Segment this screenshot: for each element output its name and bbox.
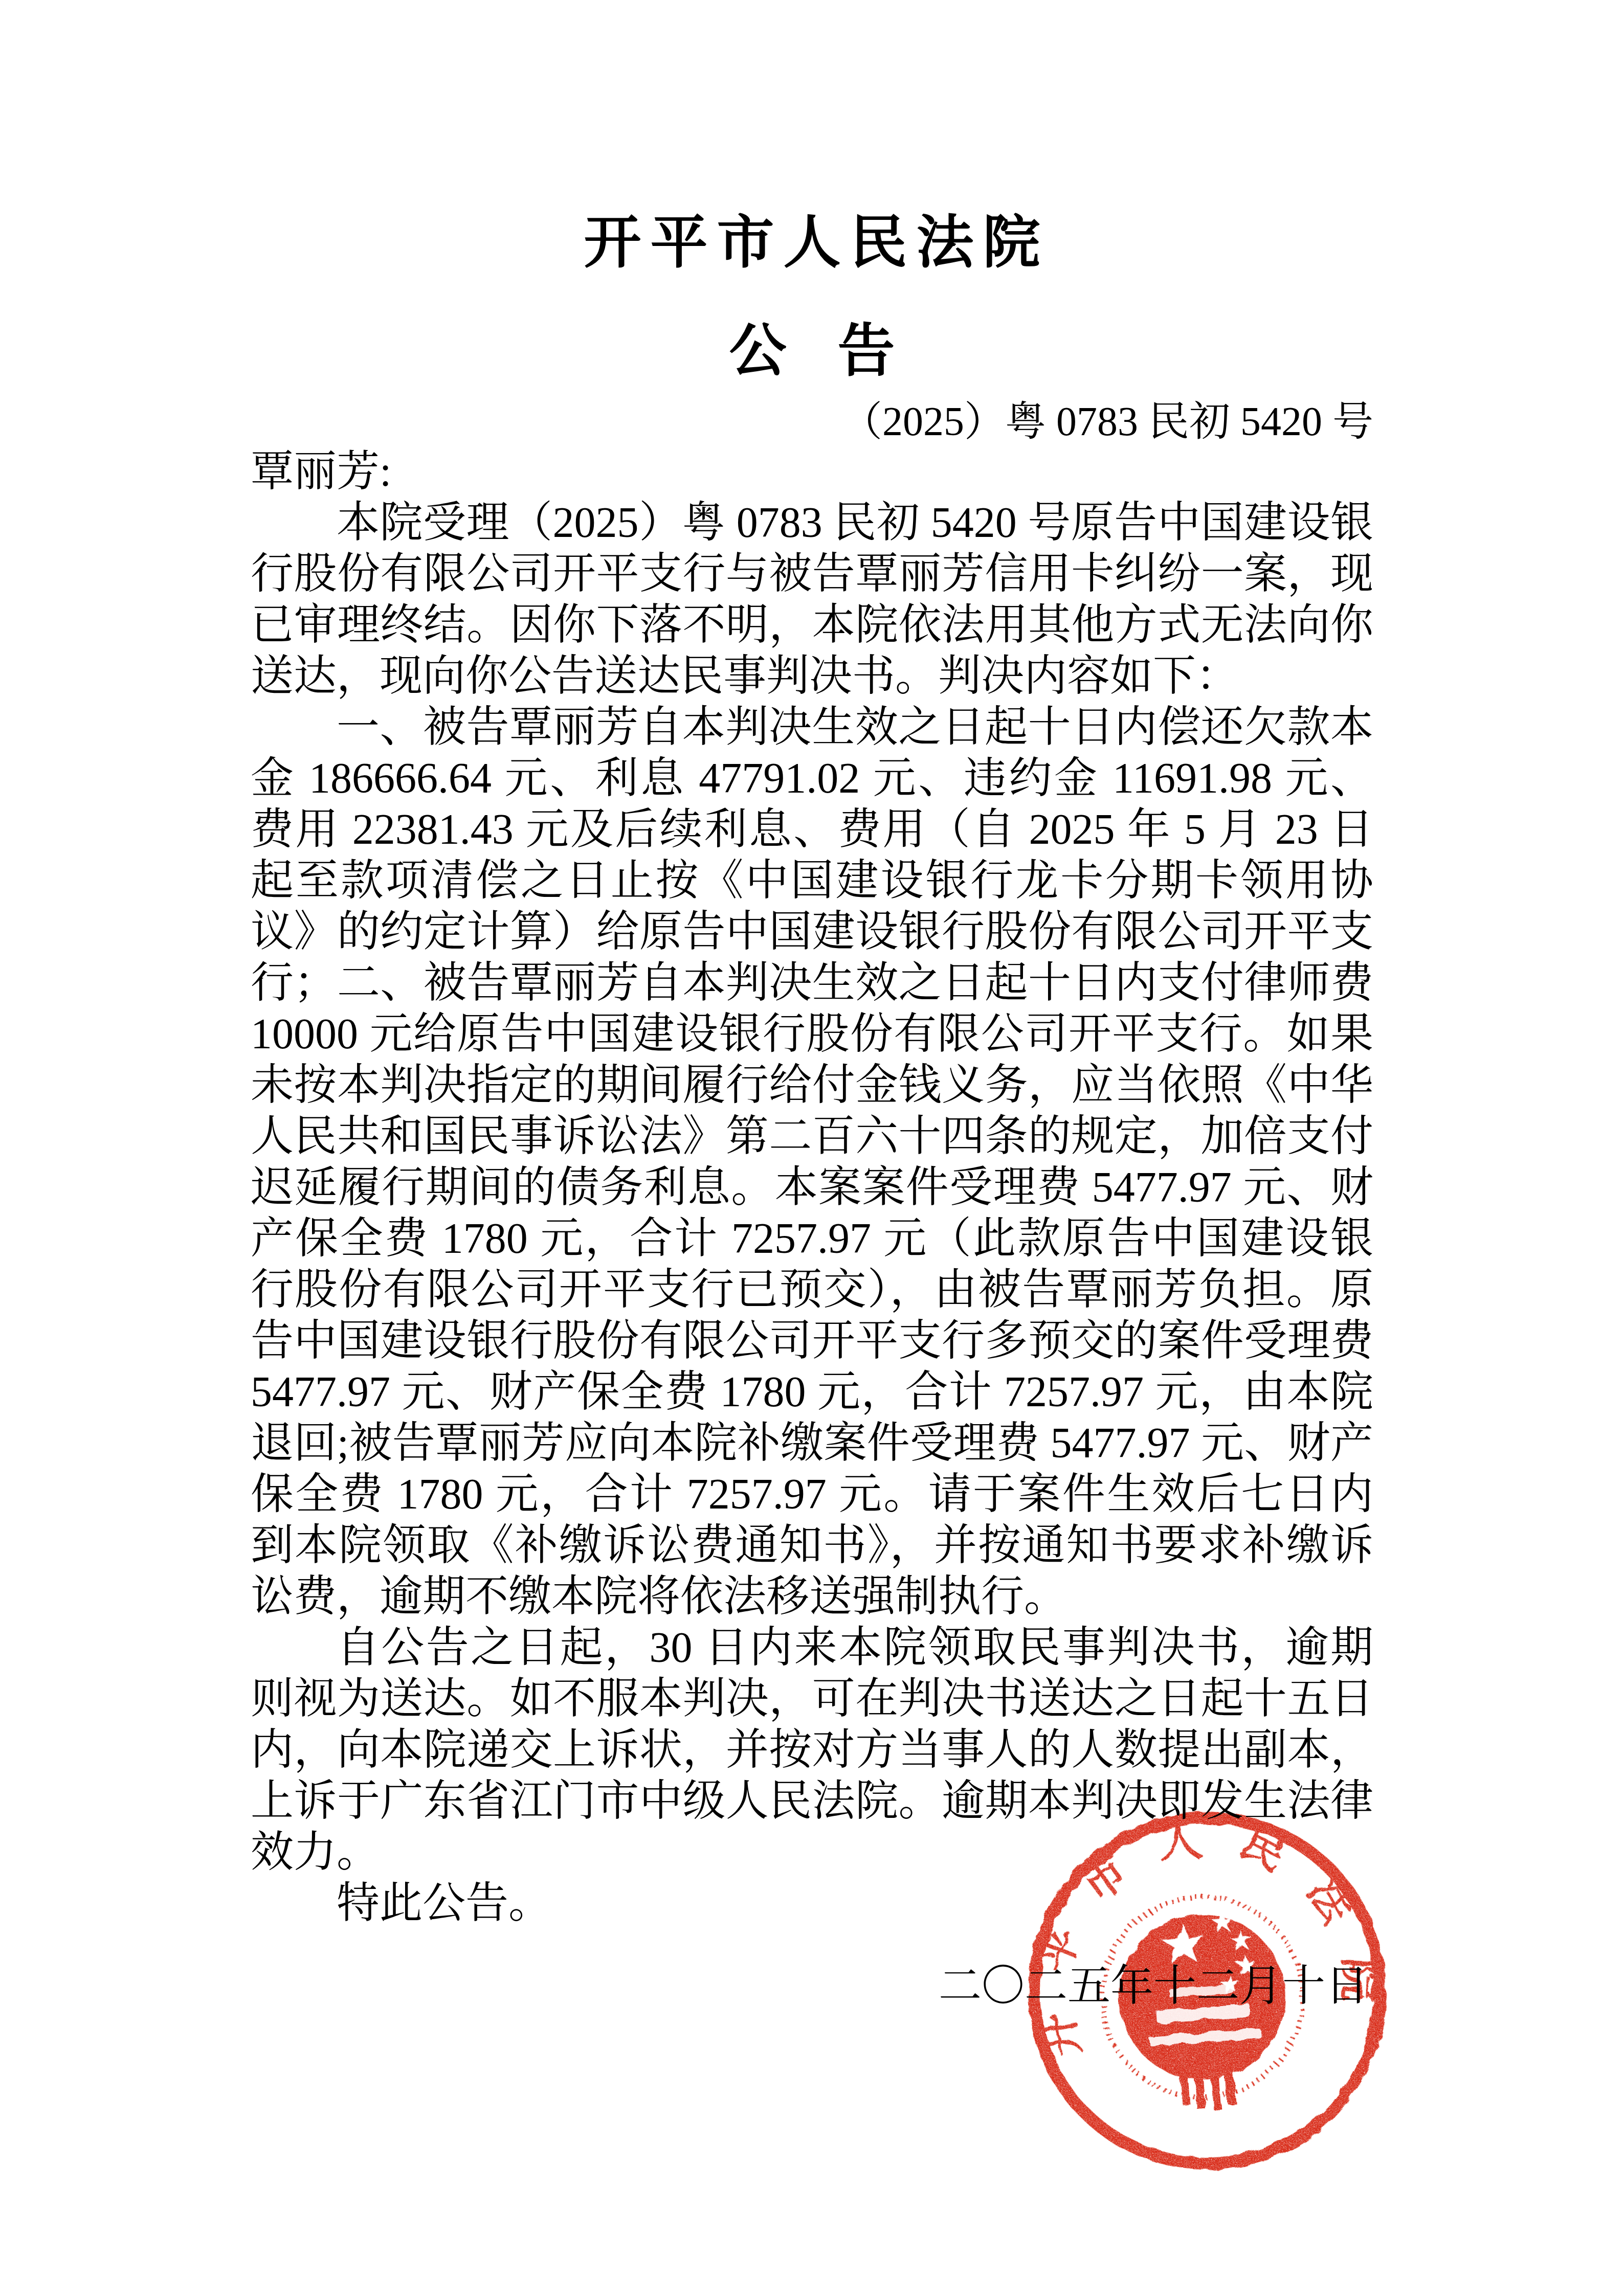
body-paragraph: 一、被告覃丽芳自本判决生效之日起十日内偿还欠款本金 186666.64 元、利息… — [251, 702, 1373, 1623]
case-number: （2025）粤 0783 民初 5420 号 — [251, 397, 1373, 446]
body-paragraph-closing: 特此公告。 — [251, 1878, 1373, 1929]
doc-title: 公告 — [251, 321, 1373, 383]
court-name: 开平市人民法院 — [251, 212, 1373, 275]
issue-date: 二〇二五年十二月十日 — [251, 1961, 1368, 2012]
body-paragraph: 自公告之日起，30 日内来本院领取民事判决书，逾期则视为送达。如不服本判决，可在… — [251, 1623, 1373, 1878]
recipient-name: 覃丽芳: — [251, 446, 1373, 498]
announcement-page: 开平市人民法院 公告 （2025）粤 0783 民初 5420 号 覃丽芳: 本… — [0, 0, 1624, 2296]
announcement-body: 本院受理（2025）粤 0783 民初 5420 号原告中国建设银行股份有限公司… — [251, 498, 1373, 1929]
body-paragraph: 本院受理（2025）粤 0783 民初 5420 号原告中国建设银行股份有限公司… — [251, 498, 1373, 702]
